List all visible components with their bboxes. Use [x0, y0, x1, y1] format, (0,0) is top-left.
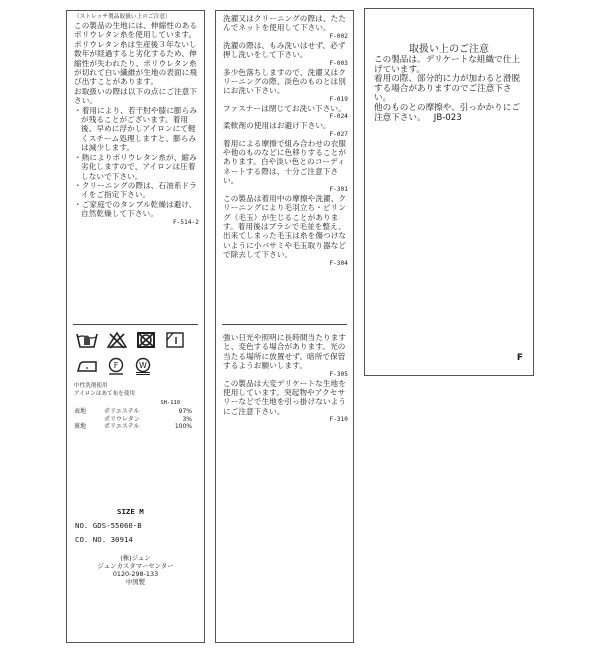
material-row: 表地 ポリエステル 97%	[74, 408, 192, 416]
note-text: 洗濯の際は、もみ洗いはせず、必ず押し洗いをして下さい。	[223, 41, 348, 60]
note-text: ファスナーは閉じてお洗い下さい。	[223, 104, 348, 113]
storage-notes: 強い日光や照明に長時間当たりますと、変色する場合があります。光の当たる場所に放置…	[223, 333, 348, 424]
note-code: F-305	[223, 371, 348, 379]
no-tumble-dry-icon	[136, 331, 156, 349]
note-line: この製品は、デリケートな組織で仕上げています。	[374, 56, 527, 75]
note-code: F-301	[223, 186, 348, 194]
note-code: F-027	[223, 131, 348, 139]
detergent-note: 中性洗剤使用	[74, 383, 198, 391]
product-id-block: SIZE M NO. GDS-55060-B CO. NO. 30914	[75, 505, 198, 547]
note-line: 他のものとの摩擦や、引っかかりにご注意下さい。 JB-023	[374, 104, 527, 123]
note-text: 多少色落ちしますので、洗濯又はクリーニングの際、淡色のものとは別にお洗い下さい。	[223, 68, 348, 96]
maker-info: (株)ジュン ジュンカスタマーセンター 0120-298-133 中国製	[67, 554, 204, 586]
care-label-delicate: 取扱い上のご注意 この製品は、デリケートな組織で仕上げています。 着用の際、部分…	[364, 8, 534, 376]
bullet-2: ・熱によりポリウレタン糸が、縮み劣化しますので、アイロンは圧着しないで下さい。	[74, 153, 199, 181]
divider	[222, 324, 347, 325]
dry-clean-f-icon: F	[107, 357, 125, 375]
note-code: F-002	[223, 33, 348, 41]
svg-text:W: W	[139, 361, 147, 370]
bullet-3: ・クリーニングの際は、石油系ドライをご指定下さい。	[74, 181, 199, 200]
product-number: NO. GDS-55060-B	[75, 519, 198, 533]
corner-mark: F	[517, 353, 523, 363]
notice-code: F-514-2	[74, 219, 199, 227]
note-code: F-019	[223, 96, 348, 104]
delicate-notes: この製品は、デリケートな組織で仕上げています。 着用の際、部分的に力が加わると滑…	[374, 56, 527, 123]
iron-low-icon	[76, 359, 98, 373]
material-row: ポリウレタン 3%	[74, 416, 192, 424]
handling-intro: お取扱いの際は以下の点にご注意下さい。	[74, 87, 199, 106]
iron-note: アイロンはあて布を使用	[74, 391, 198, 399]
care-label-washing: 洗濯又はクリーニングの際は、たたんでネットを使用して下さい。 F-002 洗濯の…	[215, 10, 354, 643]
stretch-intro: この製品の生地には、伸縮性のあるポリウレタン糸を使用しています。ポリウレタン糸は…	[74, 21, 199, 87]
label-title: 取扱い上のご注意	[365, 40, 533, 55]
hand-wash-icon	[76, 331, 98, 349]
note-text: 着用による摩擦で組み合わせの衣服や他のものなどに色移りすることがあります。白や淡…	[223, 139, 348, 186]
note-text: この製品は着用中の摩擦や洗濯、クリーニングにより毛羽立ち・ピリング（毛玉）が生じ…	[223, 194, 348, 260]
care-notes: 中性洗剤使用 アイロンはあて布を使用 SH-110	[74, 383, 198, 408]
wet-clean-w-icon: W	[134, 357, 152, 375]
company-name: (株)ジュン	[67, 554, 204, 562]
material-composition: 表地 ポリエステル 97% ポリウレタン 3% 裏地 ポリエステル 100%	[74, 408, 192, 431]
divider	[73, 324, 198, 325]
note-line: 着用の際、部分的に力が加わると滑脱する場合がありますのでご注意下さい。	[374, 75, 527, 104]
co-number: CO. NO. 30914	[75, 533, 198, 547]
size: SIZE M	[75, 505, 198, 519]
material-row: 裏地 ポリエステル 100%	[74, 423, 192, 431]
line-dry-icon	[165, 331, 185, 349]
note-code: F-304	[223, 260, 348, 268]
stretch-heading: （ストレッチ製品取扱い上のご注意）	[74, 14, 199, 21]
note-text: この製品は大変デリケートな生地を使用しています。突起物やアクセサリーなどで生地を…	[223, 379, 348, 417]
care-symbols: F W	[76, 331, 201, 383]
bullet-1: ・着用により、若干肘や膝に膨らみが残ることがございます。着用後、早めに浮かしアイ…	[74, 106, 199, 153]
note-code: F-310	[223, 416, 348, 424]
bullet-4: ・ご家庭でのタンブル乾燥は避け、自然乾燥して下さい。	[74, 200, 199, 219]
svg-text:F: F	[114, 361, 119, 370]
sh-code: SH-110	[74, 400, 198, 408]
note-text: 柔軟剤の使用はお避け下さい。	[223, 121, 348, 130]
note-text: 洗濯又はクリーニングの際は、たたんでネットを使用して下さい。	[223, 14, 348, 33]
phone-number: 0120-298-133	[67, 570, 204, 578]
note-text: 強い日光や照明に長時間当たりますと、変色する場合があります。光の当たる場所に放置…	[223, 333, 348, 371]
care-label-stretch: （ストレッチ製品取扱い上のご注意） この製品の生地には、伸縮性のあるポリウレタン…	[66, 10, 205, 643]
country-of-origin: 中国製	[67, 578, 204, 586]
stretch-notice: （ストレッチ製品取扱い上のご注意） この製品の生地には、伸縮性のあるポリウレタン…	[74, 14, 199, 227]
note-code: F-003	[223, 60, 348, 68]
notice-code: JB-023	[434, 113, 462, 123]
customer-center: ジュンカスタマーセンター	[67, 562, 204, 570]
washing-notes: 洗濯又はクリーニングの際は、たたんでネットを使用して下さい。 F-002 洗濯の…	[223, 14, 348, 268]
no-bleach-icon	[107, 331, 127, 349]
